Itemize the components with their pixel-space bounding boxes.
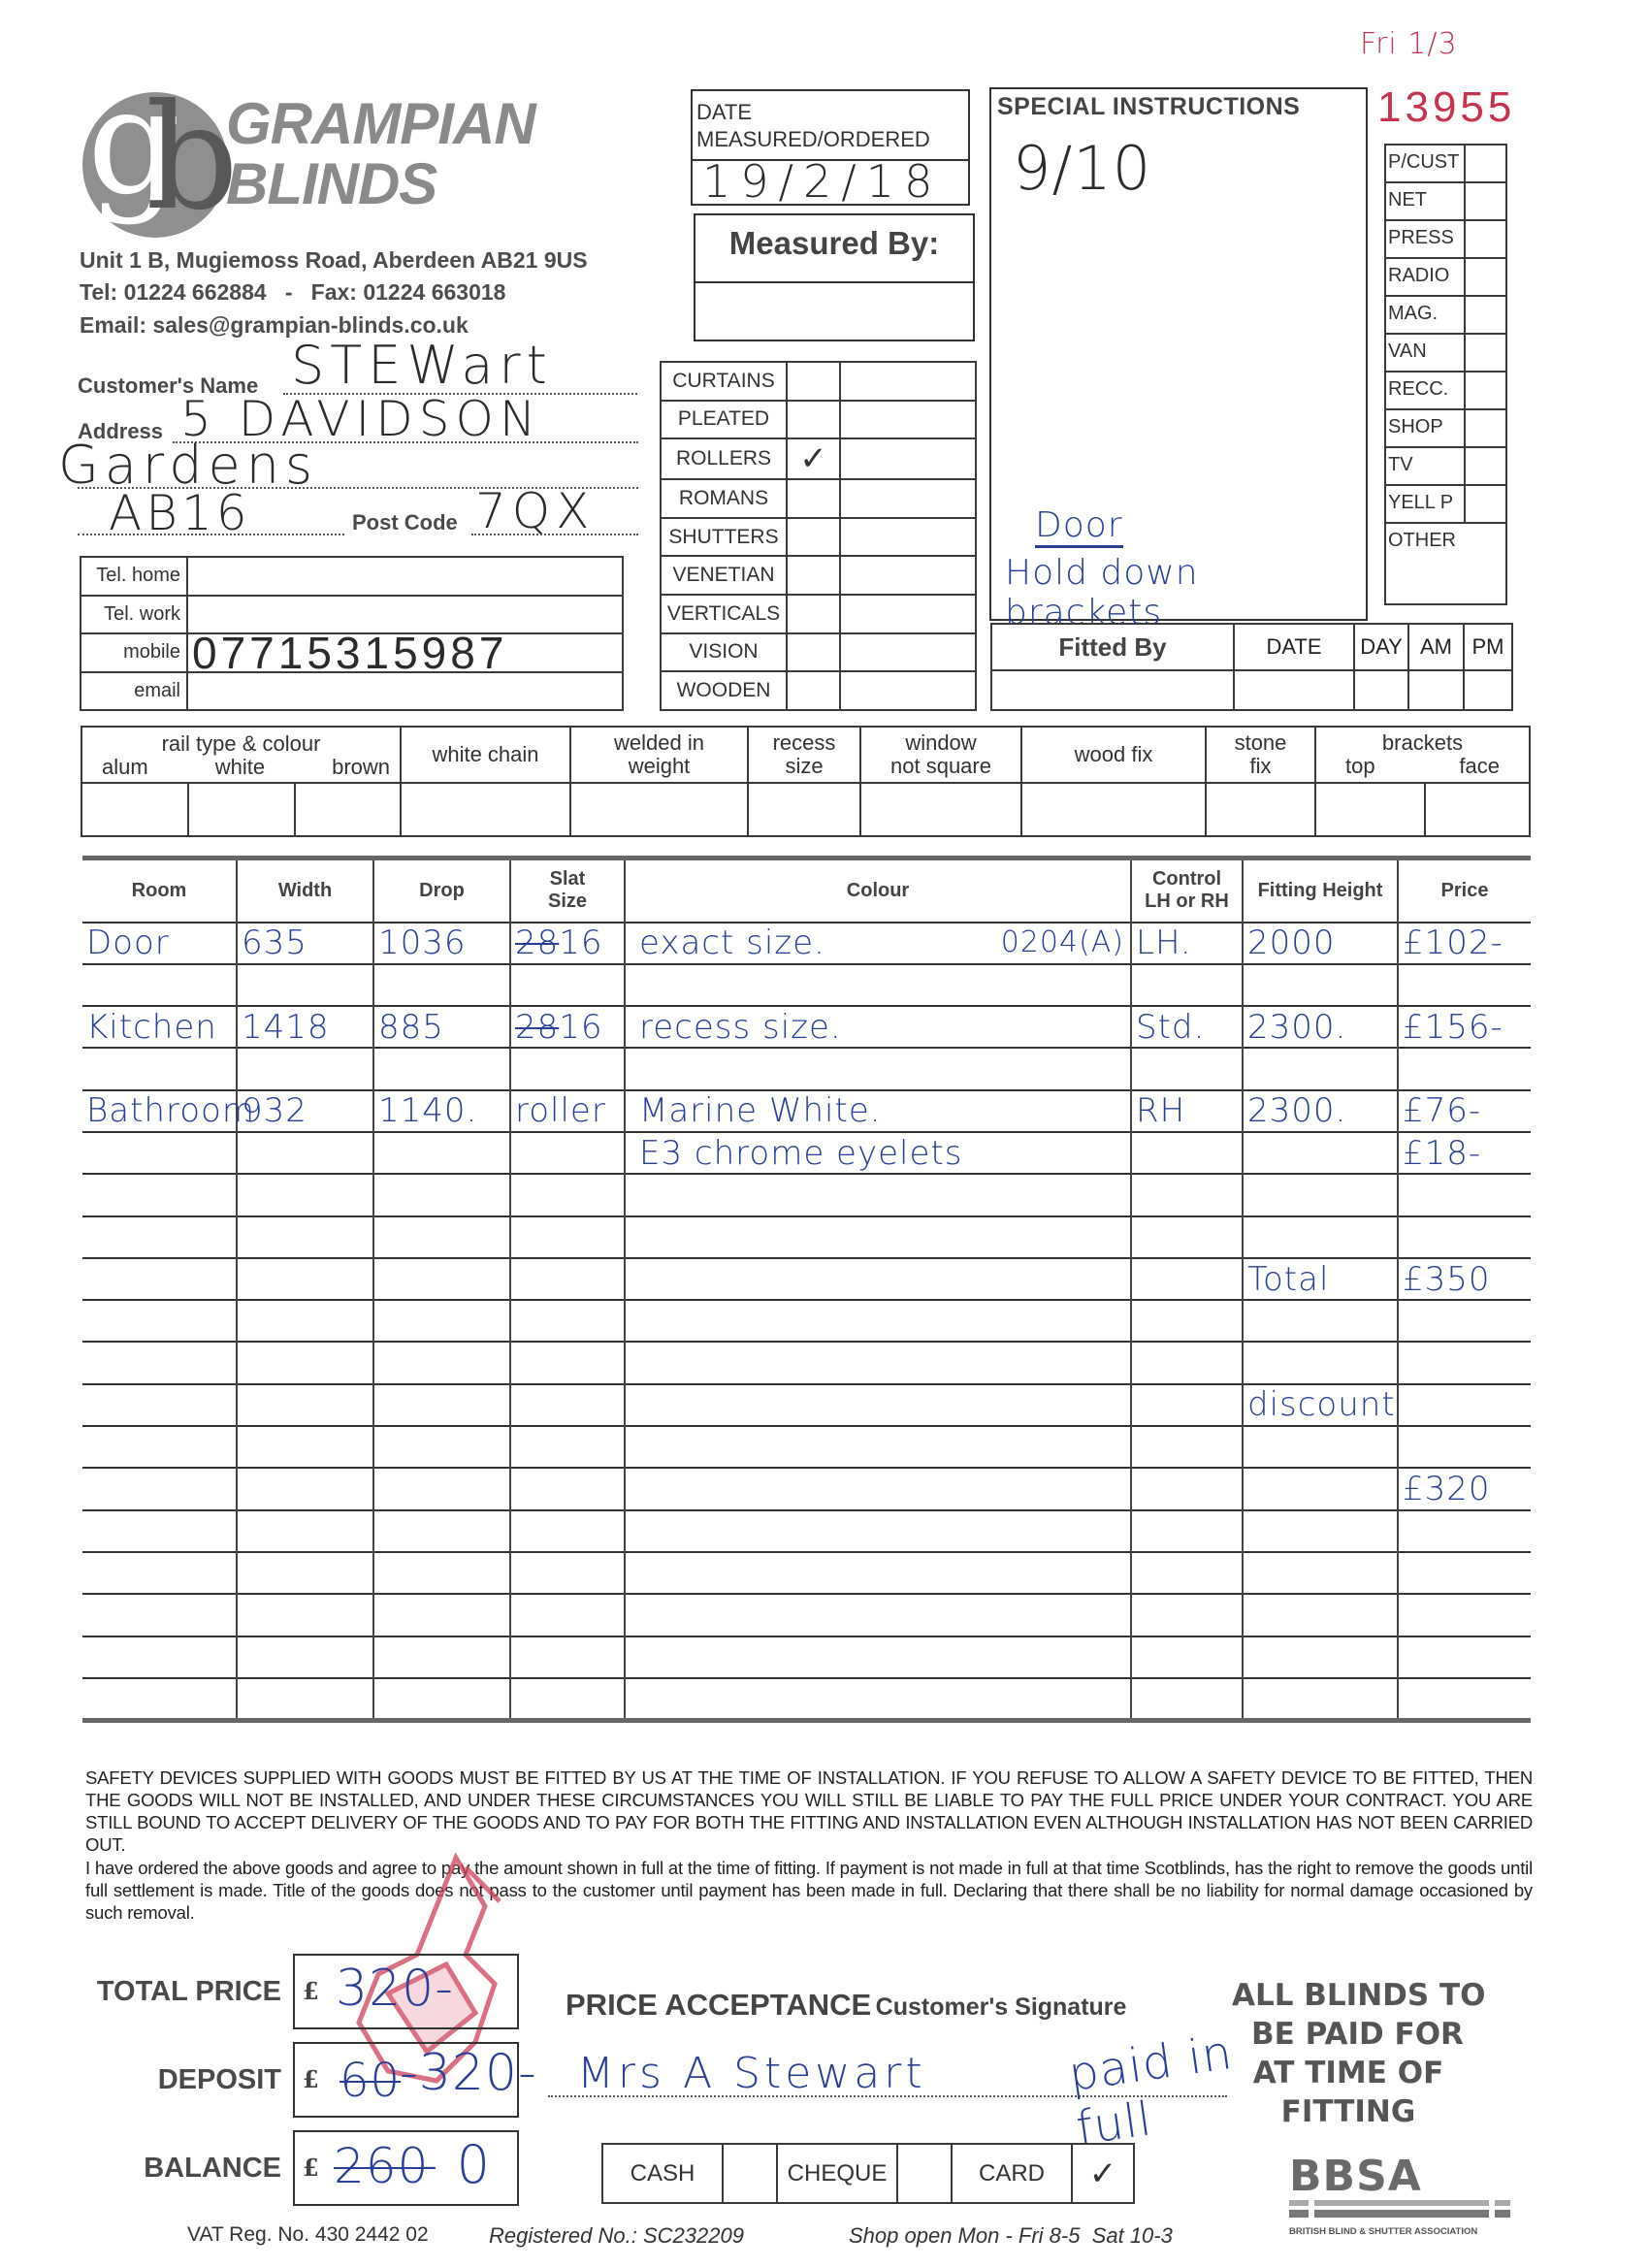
payment-agreement-text: I have ordered the above goods and agree… bbox=[85, 1857, 1533, 1924]
room-cell[interactable] bbox=[82, 1132, 237, 1174]
fitted-am-label: AM bbox=[1408, 624, 1464, 670]
deposit-box[interactable]: £ 60 -320- bbox=[293, 2042, 519, 2118]
brackets-title: brackets bbox=[1316, 731, 1529, 755]
price-cell[interactable] bbox=[1398, 1216, 1531, 1258]
window-line2: not square bbox=[861, 755, 1020, 778]
control-cell[interactable] bbox=[1131, 1132, 1243, 1174]
slat-size-cell[interactable]: roller bbox=[510, 1090, 625, 1132]
colour-cell[interactable] bbox=[625, 1510, 1131, 1552]
drop-cell[interactable] bbox=[373, 1426, 510, 1468]
wood-fix-cell[interactable] bbox=[1021, 783, 1206, 836]
date-measured-box: DATE MEASURED/ORDERED 19/2/18 bbox=[691, 89, 970, 206]
source-label: P/CUST bbox=[1385, 145, 1465, 182]
blind-type-checkbox[interactable] bbox=[787, 633, 840, 672]
measured-by-value[interactable] bbox=[701, 287, 967, 336]
width-cell[interactable] bbox=[237, 1048, 373, 1089]
header-control: ControlLH or RH bbox=[1131, 859, 1243, 923]
rail-brown-label: brown bbox=[332, 756, 390, 779]
fitting-height-cell[interactable]: 2000 bbox=[1243, 923, 1398, 964]
width-cell-text: 635 bbox=[242, 923, 307, 962]
drop-cell[interactable] bbox=[373, 1678, 510, 1721]
room-cell[interactable] bbox=[82, 1048, 237, 1089]
bbsa-stripes-icon bbox=[1289, 2198, 1510, 2221]
blind-type-checkbox[interactable] bbox=[787, 479, 840, 518]
price-cell[interactable]: £156- bbox=[1398, 1006, 1531, 1048]
drop-cell[interactable] bbox=[373, 1300, 510, 1342]
blind-type-notes[interactable] bbox=[840, 556, 976, 595]
width-cell[interactable]: 932 bbox=[237, 1090, 373, 1132]
price-cell-text: £18- bbox=[1403, 1134, 1481, 1173]
fitting-height-cell[interactable] bbox=[1243, 1174, 1398, 1215]
width-cell[interactable] bbox=[237, 1132, 373, 1174]
contact-value[interactable] bbox=[187, 557, 623, 596]
blind-type-label: VISION bbox=[661, 633, 787, 672]
measured-by-box: Measured By: bbox=[694, 213, 975, 341]
header-slat-size: SlatSize bbox=[510, 859, 625, 923]
notice-line1: ALL BLINDS TO bbox=[1232, 1976, 1465, 2015]
control-cell[interactable] bbox=[1131, 1594, 1243, 1636]
price-cell[interactable] bbox=[1398, 1594, 1531, 1636]
fitted-day-value[interactable] bbox=[1354, 670, 1408, 710]
drop-cell[interactable] bbox=[373, 1384, 510, 1426]
room-cell[interactable]: Kitchen bbox=[82, 1006, 237, 1048]
slat-size-cell[interactable] bbox=[510, 1174, 625, 1215]
drop-cell[interactable]: 885 bbox=[373, 1006, 510, 1048]
colour-text bbox=[630, 1428, 639, 1467]
slat-size-cell[interactable] bbox=[510, 1216, 625, 1258]
blind-type-checkbox[interactable] bbox=[787, 362, 840, 401]
fitted-date-value[interactable] bbox=[1234, 670, 1354, 710]
colour-cell[interactable] bbox=[625, 1174, 1131, 1215]
colour-cell[interactable] bbox=[625, 1216, 1131, 1258]
colour-cell[interactable]: recess size. bbox=[625, 1006, 1131, 1048]
price-cell[interactable] bbox=[1398, 1174, 1531, 1215]
colour-text: recess size. bbox=[630, 1008, 842, 1047]
fitting-height-cell-text: discount bbox=[1247, 1385, 1396, 1424]
control-cell[interactable]: RH bbox=[1131, 1090, 1243, 1132]
window-not-square-header: windownot square bbox=[860, 727, 1021, 783]
control-cell[interactable] bbox=[1131, 1384, 1243, 1426]
colour-text bbox=[630, 1470, 639, 1508]
control-cell[interactable] bbox=[1131, 1342, 1243, 1383]
price-cell[interactable] bbox=[1398, 1342, 1531, 1383]
control-cell[interactable] bbox=[1131, 1678, 1243, 1721]
fitting-height-cell[interactable]: discount bbox=[1243, 1384, 1398, 1426]
control-cell[interactable] bbox=[1131, 1510, 1243, 1552]
drop-cell[interactable] bbox=[373, 964, 510, 1006]
slat-size-cell[interactable] bbox=[510, 1594, 625, 1636]
fitting-date-annotation: Fri 1/3 bbox=[1360, 27, 1458, 61]
room-cell[interactable] bbox=[82, 1552, 237, 1594]
slat-size-cell[interactable] bbox=[510, 1048, 625, 1089]
price-cell[interactable] bbox=[1398, 1426, 1531, 1468]
room-cell[interactable] bbox=[82, 1174, 237, 1215]
width-cell[interactable] bbox=[237, 1552, 373, 1594]
source-checkbox[interactable] bbox=[1465, 447, 1506, 485]
slat-size-cell[interactable] bbox=[510, 1426, 625, 1468]
blind-type-label: WOODEN bbox=[661, 671, 787, 710]
width-cell[interactable] bbox=[237, 1426, 373, 1468]
slat-size-cell[interactable] bbox=[510, 964, 625, 1006]
fitting-height-cell[interactable] bbox=[1243, 1468, 1398, 1509]
fitting-height-cell[interactable] bbox=[1243, 1594, 1398, 1636]
drop-cell[interactable] bbox=[373, 1636, 510, 1678]
stone-fix-header: stonefix bbox=[1206, 727, 1315, 783]
price-cell-text: £350 bbox=[1403, 1260, 1491, 1299]
blind-type-notes[interactable] bbox=[840, 671, 976, 710]
colour-cell[interactable]: E3 chrome eyelets bbox=[625, 1132, 1131, 1174]
control-cell[interactable] bbox=[1131, 1468, 1243, 1509]
blind-type-checkbox[interactable]: ✓ bbox=[787, 438, 840, 479]
total-price-box[interactable]: £ 320- bbox=[293, 1954, 519, 2029]
blind-type-notes[interactable] bbox=[840, 518, 976, 557]
price-cell[interactable] bbox=[1398, 1300, 1531, 1342]
payment-method-table: CASHCHEQUECARD✓ bbox=[601, 2143, 1135, 2204]
balance-currency-icon: £ bbox=[303, 2154, 319, 2182]
colour-cell[interactable] bbox=[625, 1426, 1131, 1468]
postcode-label: Post Code bbox=[352, 510, 458, 535]
drop-cell[interactable] bbox=[373, 1594, 510, 1636]
drop-cell-text: 1036 bbox=[378, 923, 467, 962]
company-name-line1: GRAMPIAN bbox=[226, 95, 535, 153]
source-checkbox[interactable] bbox=[1465, 409, 1506, 447]
source-label: OTHER bbox=[1385, 523, 1506, 604]
room-cell[interactable] bbox=[82, 1510, 237, 1552]
colour-text bbox=[630, 1302, 639, 1341]
header-colour: Colour bbox=[625, 859, 1131, 923]
source-checkbox[interactable] bbox=[1465, 296, 1506, 334]
table-row: Kitchen14188852816recess size.Std.2300.£… bbox=[82, 1006, 1531, 1048]
control-cell[interactable] bbox=[1131, 1300, 1243, 1342]
white-chain-cell[interactable] bbox=[401, 783, 570, 836]
stone-fix-cell[interactable] bbox=[1206, 783, 1315, 836]
room-cell[interactable] bbox=[82, 1384, 237, 1426]
blind-type-label: VENETIAN bbox=[661, 556, 787, 595]
fitting-height-cell[interactable]: 2300. bbox=[1243, 1090, 1398, 1132]
deposit-struck-value: 60 bbox=[339, 2054, 401, 2108]
source-checkbox[interactable] bbox=[1465, 485, 1506, 523]
payment-method-checkbox[interactable] bbox=[897, 2144, 952, 2203]
width-cell[interactable] bbox=[237, 1594, 373, 1636]
drop-cell[interactable] bbox=[373, 1342, 510, 1383]
slat-size-cell[interactable] bbox=[510, 1678, 625, 1721]
drop-cell[interactable] bbox=[373, 1510, 510, 1552]
control-cell[interactable] bbox=[1131, 964, 1243, 1006]
blind-type-label: VERTICALS bbox=[661, 595, 787, 633]
window-not-square-cell[interactable] bbox=[860, 783, 1021, 836]
colour-cell[interactable]: exact size.0204(A) bbox=[625, 923, 1131, 964]
slat-size-cell[interactable] bbox=[510, 1636, 625, 1678]
rail-type-header: rail type & colour alum white brown bbox=[81, 727, 401, 783]
table-row bbox=[82, 1594, 1531, 1636]
slat-size-cell[interactable]: 2816 bbox=[510, 1006, 625, 1048]
fitted-pm-label: PM bbox=[1464, 624, 1512, 670]
drop-cell[interactable] bbox=[373, 1174, 510, 1215]
room-cell[interactable] bbox=[82, 1216, 237, 1258]
fitting-height-cell[interactable] bbox=[1243, 1216, 1398, 1258]
colour-cell[interactable]: Marine White. bbox=[625, 1090, 1131, 1132]
control-line2: LH or RH bbox=[1134, 891, 1240, 913]
price-cell[interactable]: £102- bbox=[1398, 923, 1531, 964]
control-cell[interactable] bbox=[1131, 1048, 1243, 1089]
drop-cell[interactable] bbox=[373, 1048, 510, 1089]
source-checkbox[interactable] bbox=[1465, 220, 1506, 258]
logo-letter-b: b bbox=[145, 85, 239, 231]
balance-value: - 0 bbox=[419, 2134, 491, 2195]
slat-size-cell[interactable] bbox=[510, 1258, 625, 1300]
colour-text: exact size. bbox=[630, 923, 825, 962]
control-cell[interactable] bbox=[1131, 1636, 1243, 1678]
customer-name-value[interactable]: STEWart bbox=[291, 335, 553, 396]
colour-code-text: 0204(A) bbox=[1001, 925, 1124, 959]
deposit-label: DEPOSIT bbox=[78, 2064, 281, 2096]
room-cell[interactable] bbox=[82, 964, 237, 1006]
fitting-height-cell[interactable] bbox=[1243, 1132, 1398, 1174]
blind-type-notes[interactable] bbox=[840, 401, 976, 439]
control-cell[interactable] bbox=[1131, 1552, 1243, 1594]
width-cell[interactable] bbox=[237, 1678, 373, 1721]
payment-method-checkbox[interactable] bbox=[723, 2144, 777, 2203]
drop-cell[interactable]: 1140. bbox=[373, 1090, 510, 1132]
blind-type-checkbox[interactable] bbox=[787, 671, 840, 710]
drop-cell[interactable] bbox=[373, 1258, 510, 1300]
price-cell[interactable] bbox=[1398, 1636, 1531, 1678]
colour-cell[interactable] bbox=[625, 1342, 1131, 1383]
company-tel-fax: Tel: 01224 662884 - Fax: 01224 663018 bbox=[80, 279, 505, 306]
width-cell[interactable] bbox=[237, 1300, 373, 1342]
contact-label: Tel. home bbox=[81, 557, 187, 596]
drop-cell[interactable]: 1036 bbox=[373, 923, 510, 964]
customer-signature[interactable]: Mrs A Stewart bbox=[577, 2049, 926, 2098]
rail-alum-cell[interactable] bbox=[81, 783, 188, 836]
blind-type-notes[interactable] bbox=[840, 633, 976, 672]
width-cell[interactable]: 1418 bbox=[237, 1006, 373, 1048]
shop-hours: Shop open Mon - Fri 8-5 Sat 10-3 bbox=[849, 2223, 1173, 2249]
fitting-height-cell[interactable] bbox=[1243, 1510, 1398, 1552]
price-cell[interactable] bbox=[1398, 1552, 1531, 1594]
width-cell[interactable] bbox=[237, 1510, 373, 1552]
room-cell[interactable]: Door bbox=[82, 923, 237, 964]
blind-type-notes[interactable] bbox=[840, 438, 976, 479]
slat-size-cell[interactable] bbox=[510, 1300, 625, 1342]
slat-size-cell[interactable]: 2816 bbox=[510, 923, 625, 964]
deposit-currency-icon: £ bbox=[303, 2065, 319, 2093]
drop-cell[interactable] bbox=[373, 1132, 510, 1174]
colour-cell[interactable] bbox=[625, 1048, 1131, 1089]
table-row bbox=[82, 1342, 1531, 1383]
width-cell[interactable] bbox=[237, 1468, 373, 1509]
bbsa-tagline: BRITISH BLIND & SHUTTER ASSOCIATION bbox=[1289, 2226, 1512, 2237]
width-cell[interactable]: 635 bbox=[237, 923, 373, 964]
order-number: 13955 bbox=[1377, 83, 1515, 132]
fitting-height-cell-text: 2000 bbox=[1247, 923, 1336, 962]
price-cell[interactable]: £320 bbox=[1398, 1468, 1531, 1509]
blind-type-notes[interactable] bbox=[840, 595, 976, 633]
blind-type-checkbox[interactable] bbox=[787, 401, 840, 439]
price-cell[interactable]: £76- bbox=[1398, 1090, 1531, 1132]
colour-text: Marine White. bbox=[630, 1091, 882, 1130]
special-instructions-note-body: Hold down brackets bbox=[1005, 553, 1366, 632]
colour-cell[interactable] bbox=[625, 1552, 1131, 1594]
width-cell[interactable] bbox=[237, 1216, 373, 1258]
room-cell[interactable] bbox=[82, 1426, 237, 1468]
fitting-height-cell[interactable] bbox=[1243, 1300, 1398, 1342]
brackets-top-cell[interactable] bbox=[1315, 783, 1425, 836]
header-fitting-height: Fitting Height bbox=[1243, 859, 1398, 923]
room-cell[interactable] bbox=[82, 1636, 237, 1678]
payment-method-checkbox[interactable]: ✓ bbox=[1072, 2144, 1134, 2203]
date-measured-value[interactable]: 19/2/18 bbox=[702, 155, 942, 208]
order-items-table: Room Width Drop SlatSize Colour ControlL… bbox=[82, 856, 1531, 1723]
room-cell[interactable] bbox=[82, 1594, 237, 1636]
price-cell[interactable] bbox=[1398, 1678, 1531, 1721]
postcode-value[interactable]: 7QX bbox=[475, 483, 595, 539]
slat-size-cell[interactable] bbox=[510, 1552, 625, 1594]
width-cell[interactable] bbox=[237, 964, 373, 1006]
balance-struck-value: 260 bbox=[334, 2138, 429, 2194]
source-checkbox[interactable] bbox=[1465, 334, 1506, 372]
fitting-height-cell[interactable]: Total bbox=[1243, 1258, 1398, 1300]
colour-cell[interactable] bbox=[625, 1258, 1131, 1300]
slat-size-cell[interactable] bbox=[510, 1468, 625, 1509]
blind-type-checkbox[interactable] bbox=[787, 556, 840, 595]
slat-size-cell[interactable] bbox=[510, 1384, 625, 1426]
table-row: Door63510362816exact size.0204(A)LH.2000… bbox=[82, 923, 1531, 964]
price-cell[interactable] bbox=[1398, 1510, 1531, 1552]
width-cell[interactable] bbox=[237, 1384, 373, 1426]
drop-cell[interactable] bbox=[373, 1216, 510, 1258]
fitted-am-value[interactable] bbox=[1408, 670, 1464, 710]
control-cell[interactable] bbox=[1131, 1258, 1243, 1300]
fitting-height-cell[interactable] bbox=[1243, 1048, 1398, 1089]
room-cell[interactable] bbox=[82, 1468, 237, 1509]
room-cell[interactable] bbox=[82, 1258, 237, 1300]
colour-text bbox=[630, 1511, 639, 1550]
control-cell[interactable] bbox=[1131, 1174, 1243, 1215]
width-cell[interactable] bbox=[237, 1174, 373, 1215]
rail-brown-cell[interactable] bbox=[295, 783, 401, 836]
drop-cell[interactable] bbox=[373, 1552, 510, 1594]
blind-type-label: PLEATED bbox=[661, 401, 787, 439]
brackets-face-cell[interactable] bbox=[1425, 783, 1530, 836]
blind-type-notes[interactable] bbox=[840, 479, 976, 518]
rail-white-cell[interactable] bbox=[188, 783, 295, 836]
colour-cell[interactable] bbox=[625, 1384, 1131, 1426]
fitting-height-cell[interactable] bbox=[1243, 1636, 1398, 1678]
price-cell-text: £156- bbox=[1403, 1008, 1503, 1047]
address-line3-value[interactable]: AB16 bbox=[109, 485, 251, 541]
fitting-height-cell[interactable] bbox=[1243, 1552, 1398, 1594]
colour-cell[interactable] bbox=[625, 1678, 1131, 1721]
recess-size-cell[interactable] bbox=[748, 783, 860, 836]
notice-line4: FITTING bbox=[1251, 2092, 1445, 2131]
special-instructions-note-heading: Door bbox=[1035, 506, 1123, 548]
room-cell[interactable]: Bathroom bbox=[82, 1090, 237, 1132]
control-cell[interactable] bbox=[1131, 1426, 1243, 1468]
colour-text bbox=[630, 1554, 639, 1593]
colour-text bbox=[630, 1344, 639, 1382]
slat-struck-text: 28 bbox=[515, 1008, 559, 1047]
price-cell[interactable] bbox=[1398, 964, 1531, 1006]
room-cell[interactable] bbox=[82, 1342, 237, 1383]
width-cell[interactable] bbox=[237, 1342, 373, 1383]
safety-devices-notice: SAFETY DEVICES SUPPLIED WITH GOODS MUST … bbox=[85, 1766, 1533, 1856]
measured-by-label: Measured By: bbox=[695, 225, 973, 262]
source-checkbox[interactable] bbox=[1465, 182, 1506, 220]
fitting-height-cell[interactable] bbox=[1243, 964, 1398, 1006]
source-checkbox[interactable] bbox=[1465, 372, 1506, 409]
blind-type-checkbox[interactable] bbox=[787, 595, 840, 633]
price-cell[interactable] bbox=[1398, 1048, 1531, 1089]
special-instructions-box[interactable]: SPECIAL INSTRUCTIONS 9/10 Door Hold down… bbox=[989, 87, 1368, 621]
fitted-day-label: DAY bbox=[1354, 624, 1408, 670]
width-cell-text: 1418 bbox=[242, 1008, 330, 1047]
width-cell[interactable] bbox=[237, 1636, 373, 1678]
source-label: VAN bbox=[1385, 334, 1465, 372]
control-cell[interactable] bbox=[1131, 1216, 1243, 1258]
header-drop: Drop bbox=[373, 859, 510, 923]
width-cell[interactable] bbox=[237, 1258, 373, 1300]
blind-type-label: ROLLERS bbox=[661, 438, 787, 479]
source-checkbox[interactable] bbox=[1465, 145, 1506, 182]
source-label: YELL P bbox=[1385, 485, 1465, 523]
table-row bbox=[82, 1552, 1531, 1594]
total-price-value: 320- bbox=[336, 1960, 454, 2018]
price-cell[interactable]: £350 bbox=[1398, 1258, 1531, 1300]
blind-type-notes[interactable] bbox=[840, 362, 976, 401]
notice-line3: AT TIME OF bbox=[1251, 2054, 1445, 2092]
room-cell[interactable] bbox=[82, 1678, 237, 1721]
special-instructions-label: SPECIAL INSTRUCTIONS bbox=[997, 93, 1300, 121]
fitting-height-cell[interactable] bbox=[1243, 1678, 1398, 1721]
source-label: TV bbox=[1385, 447, 1465, 485]
slat-size-cell[interactable] bbox=[510, 1132, 625, 1174]
fitted-by-label: Fitted By bbox=[991, 624, 1234, 670]
slat-size-cell[interactable] bbox=[510, 1510, 625, 1552]
blind-type-checkbox[interactable] bbox=[787, 518, 840, 557]
colour-cell[interactable] bbox=[625, 964, 1131, 1006]
room-cell[interactable] bbox=[82, 1300, 237, 1342]
colour-cell[interactable] bbox=[625, 1594, 1131, 1636]
fitted-pm-value[interactable] bbox=[1464, 670, 1512, 710]
price-cell-text: £76- bbox=[1403, 1091, 1481, 1130]
price-cell[interactable] bbox=[1398, 1384, 1531, 1426]
control-cell[interactable]: LH. bbox=[1131, 923, 1243, 964]
fitting-height-cell[interactable] bbox=[1243, 1342, 1398, 1383]
blind-type-label: SHUTTERS bbox=[661, 518, 787, 557]
rail-alum-label: alum bbox=[102, 756, 148, 779]
welded-line1: welded in bbox=[571, 731, 747, 755]
contact-value[interactable]: 07715315987 bbox=[187, 633, 623, 672]
price-cell[interactable]: £18- bbox=[1398, 1132, 1531, 1174]
welded-weight-cell[interactable] bbox=[570, 783, 748, 836]
colour-cell[interactable] bbox=[625, 1636, 1131, 1678]
fitting-height-cell[interactable]: 2300. bbox=[1243, 1006, 1398, 1048]
balance-box[interactable]: £ 260 - 0 bbox=[293, 2130, 519, 2206]
fitted-by-value[interactable] bbox=[991, 670, 1234, 710]
source-column-table: P/CUSTNETPRESSRADIOMAG.VANRECC.SHOPTVYEL… bbox=[1384, 144, 1507, 605]
colour-cell[interactable] bbox=[625, 1468, 1131, 1509]
source-checkbox[interactable] bbox=[1465, 258, 1506, 296]
colour-cell[interactable] bbox=[625, 1300, 1131, 1342]
fitting-height-cell[interactable] bbox=[1243, 1426, 1398, 1468]
table-row bbox=[82, 1426, 1531, 1468]
slat-size-cell[interactable] bbox=[510, 1342, 625, 1383]
fitting-height-cell-text: Total bbox=[1247, 1260, 1329, 1299]
drop-cell[interactable] bbox=[373, 1468, 510, 1509]
recess-size-header: recesssize bbox=[748, 727, 860, 783]
control-cell[interactable]: Std. bbox=[1131, 1006, 1243, 1048]
